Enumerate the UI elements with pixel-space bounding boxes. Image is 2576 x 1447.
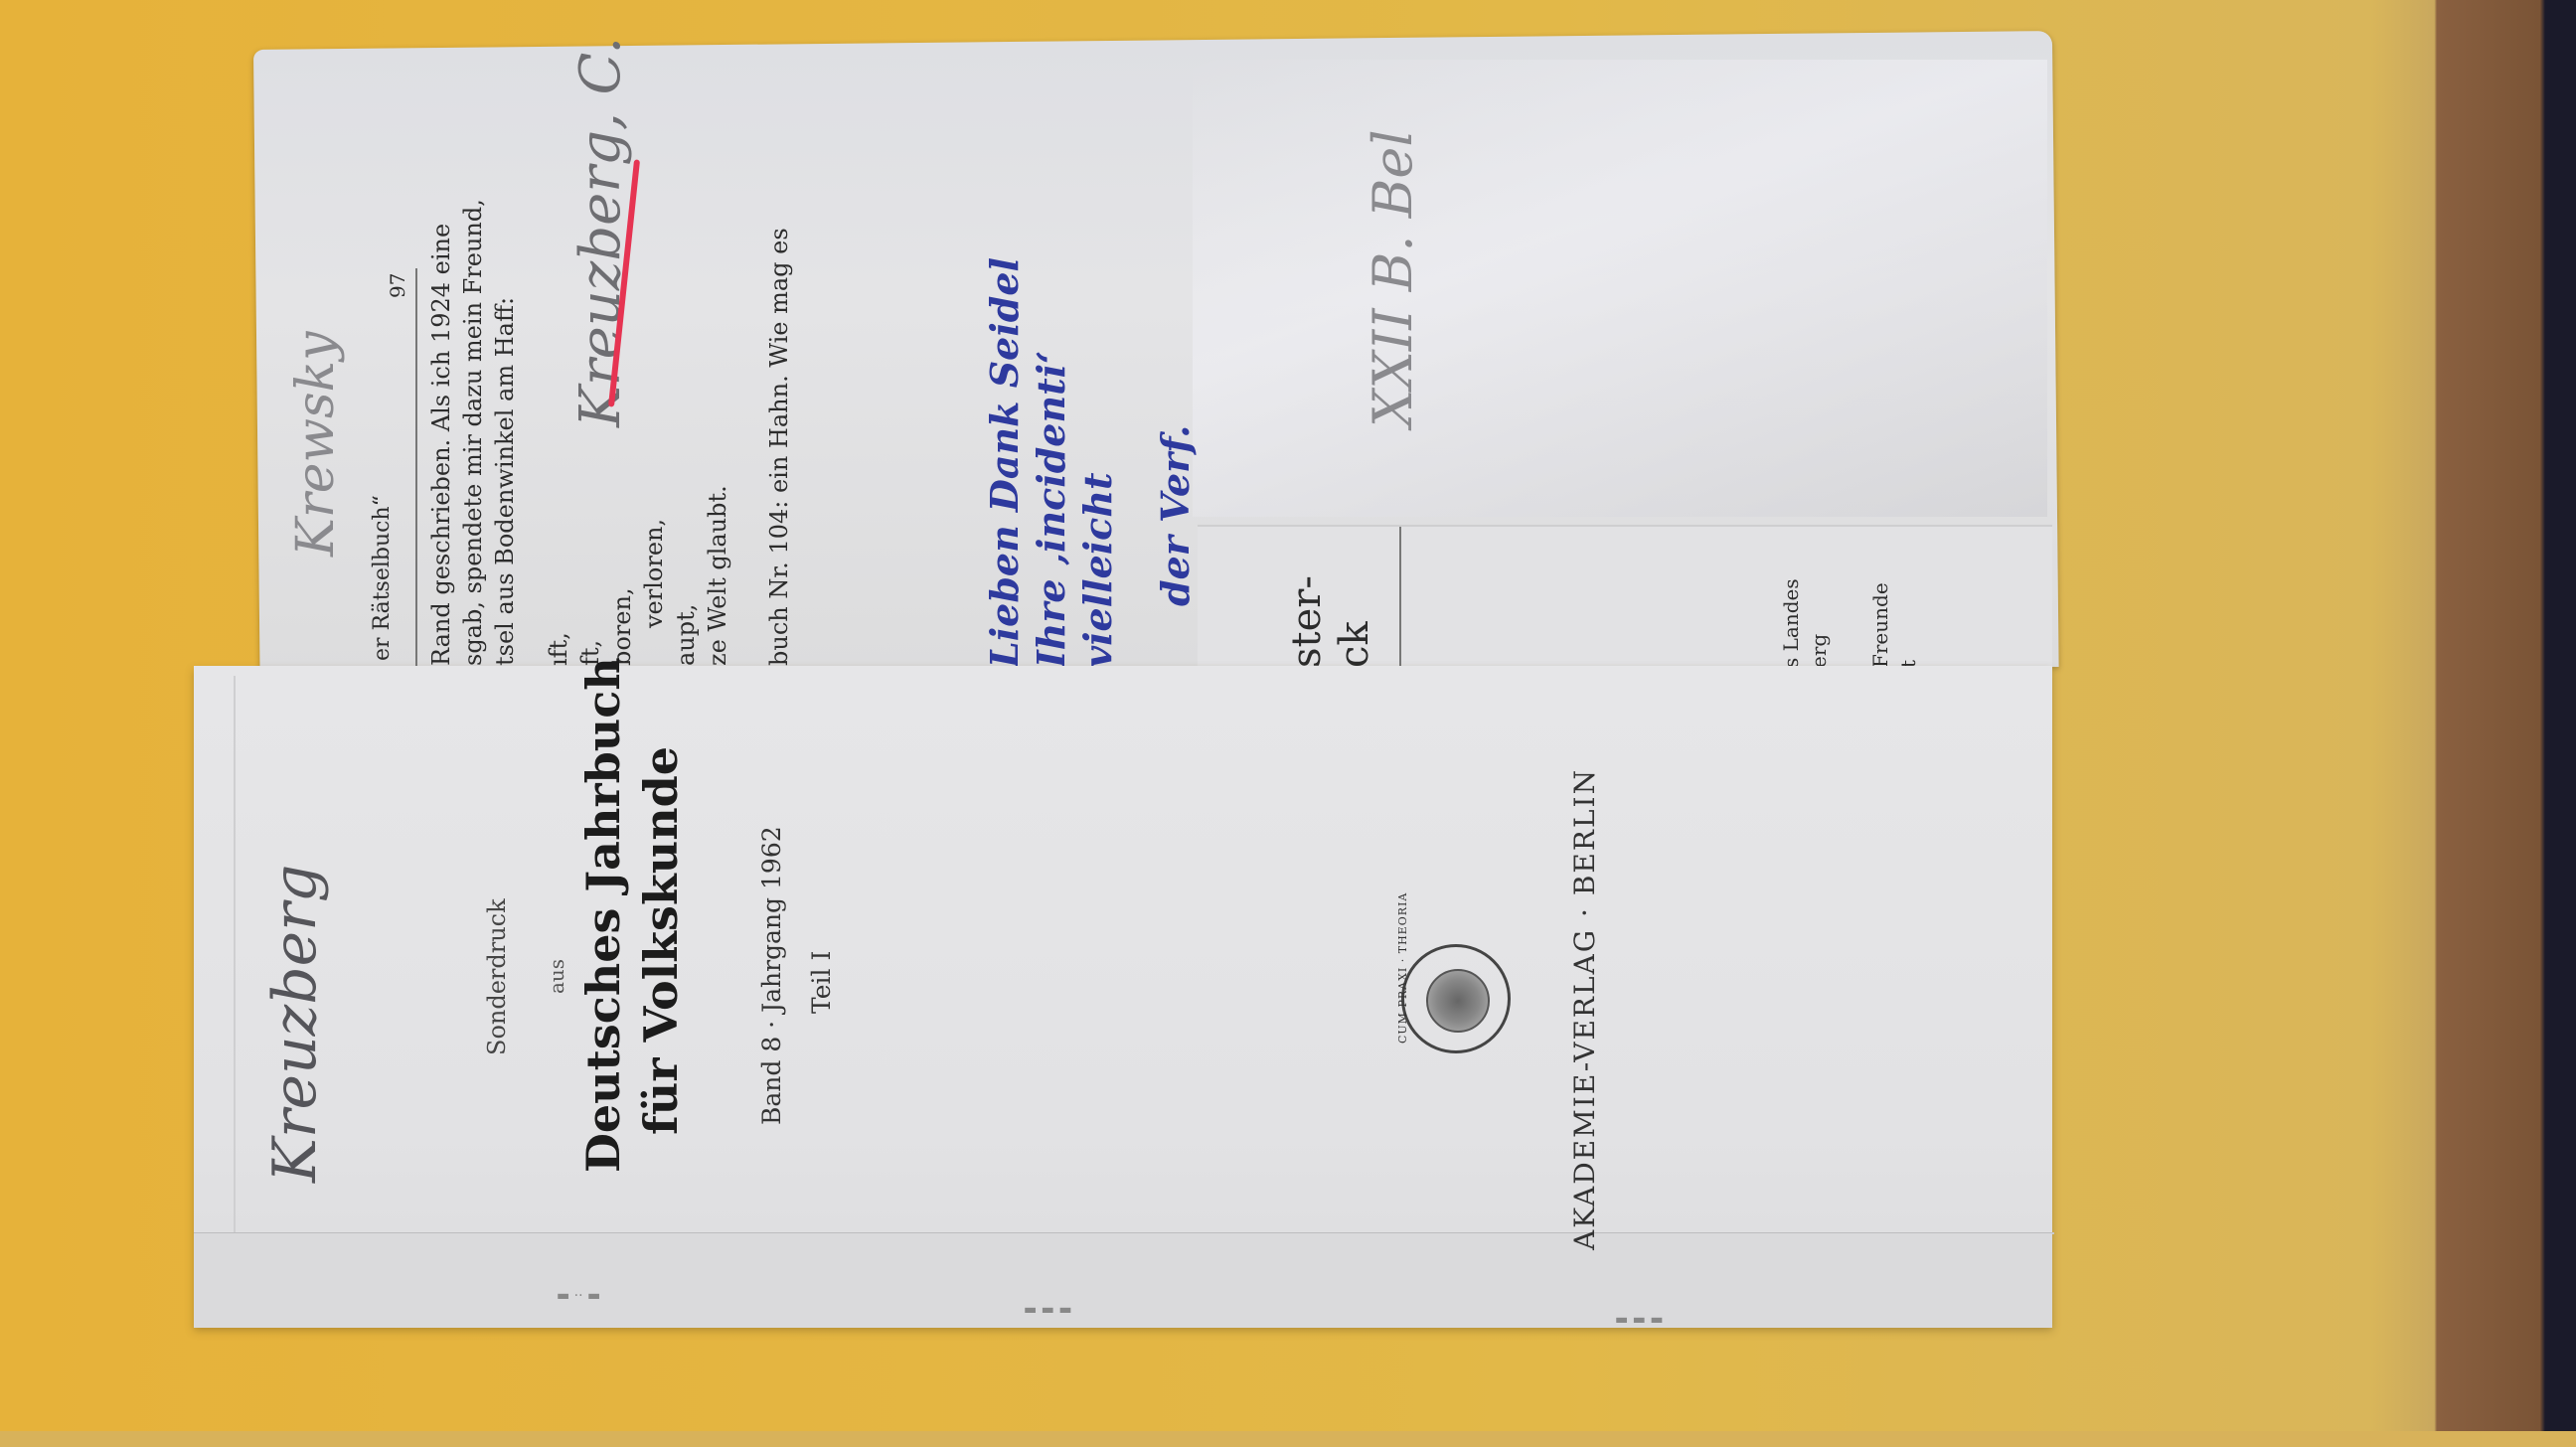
footer-line: buch Nr. 104: ein Hahn. Wie mag es xyxy=(765,228,793,666)
blue-note-line-1: Lieben Dank Seidel xyxy=(982,257,1027,668)
cover-part: Teil I xyxy=(807,951,836,1014)
cover-publisher: AKADEMIE-VERLAG · BERLIN xyxy=(1568,768,1601,1250)
desk-surface xyxy=(0,1431,2576,1447)
body-line-2: sgab, spendete mir dazu mein Freund, xyxy=(459,199,487,666)
pencil-name: Krewsky xyxy=(286,331,346,557)
fold-highlight xyxy=(1193,60,2047,517)
verse-line-1: ıft, xyxy=(545,632,572,666)
pencil-shelfmark: XXII B. Bel xyxy=(1362,129,1424,427)
spine-mark: ▬ ·· ▬ xyxy=(557,1288,600,1304)
body-line-3: tsel aus Bodenwinkel am Haff: xyxy=(491,297,519,666)
cover-title-line-1: Deutsches Jahrbuch xyxy=(576,657,630,1173)
cover-handwritten-name: Kreuzberg xyxy=(260,865,330,1183)
body-line-1: Rand geschrieben. Als ich 1924 eine xyxy=(427,224,455,666)
inner-rule xyxy=(1399,527,1401,676)
cover-spine xyxy=(194,1232,2052,1328)
blue-note-line-3: vielleicht xyxy=(1075,473,1120,669)
cover-volume: Band 8 · Jahrgang 1962 xyxy=(757,826,786,1125)
partial-list-3: Freunde xyxy=(1868,582,1892,668)
partial-list-1: s Landes xyxy=(1779,578,1803,668)
cover-aus: aus xyxy=(545,959,568,994)
header-rule xyxy=(415,268,417,686)
spine-mark: ▬ ▬ ▬ xyxy=(1615,1312,1664,1328)
seal-text: CUM PRAXI · THEORIA xyxy=(1396,892,1409,1044)
page-number: 97 xyxy=(386,273,409,298)
blue-note-line-4: der Verf. xyxy=(1153,425,1198,606)
verse-line-4: verloren, xyxy=(640,519,668,628)
verse-line-3: boren, xyxy=(608,587,636,666)
publisher-seal xyxy=(1401,944,1511,1053)
seal-emblem xyxy=(1426,969,1490,1033)
cover-title-line-2: für Volkskunde xyxy=(634,746,688,1135)
partial-title-1: ster- xyxy=(1284,575,1330,668)
signature-suffix: , C. xyxy=(568,37,633,130)
verse-line-5: aupt, xyxy=(672,604,700,666)
verse-line-6: ze Welt glaubt. xyxy=(704,485,731,666)
signature: Kreuzberg, C. xyxy=(568,37,633,427)
running-head: er Rätselbuch“ xyxy=(370,495,395,661)
partial-list-2: erg xyxy=(1807,634,1831,668)
cover-sonderdruck: Sonderdruck xyxy=(483,898,511,1055)
partial-title-2: ck xyxy=(1332,621,1377,668)
blue-note-line-2: Ihre ‚incidenti‘ xyxy=(1029,351,1073,668)
spine-mark: ▬ ▬ ▬ xyxy=(1024,1302,1072,1318)
